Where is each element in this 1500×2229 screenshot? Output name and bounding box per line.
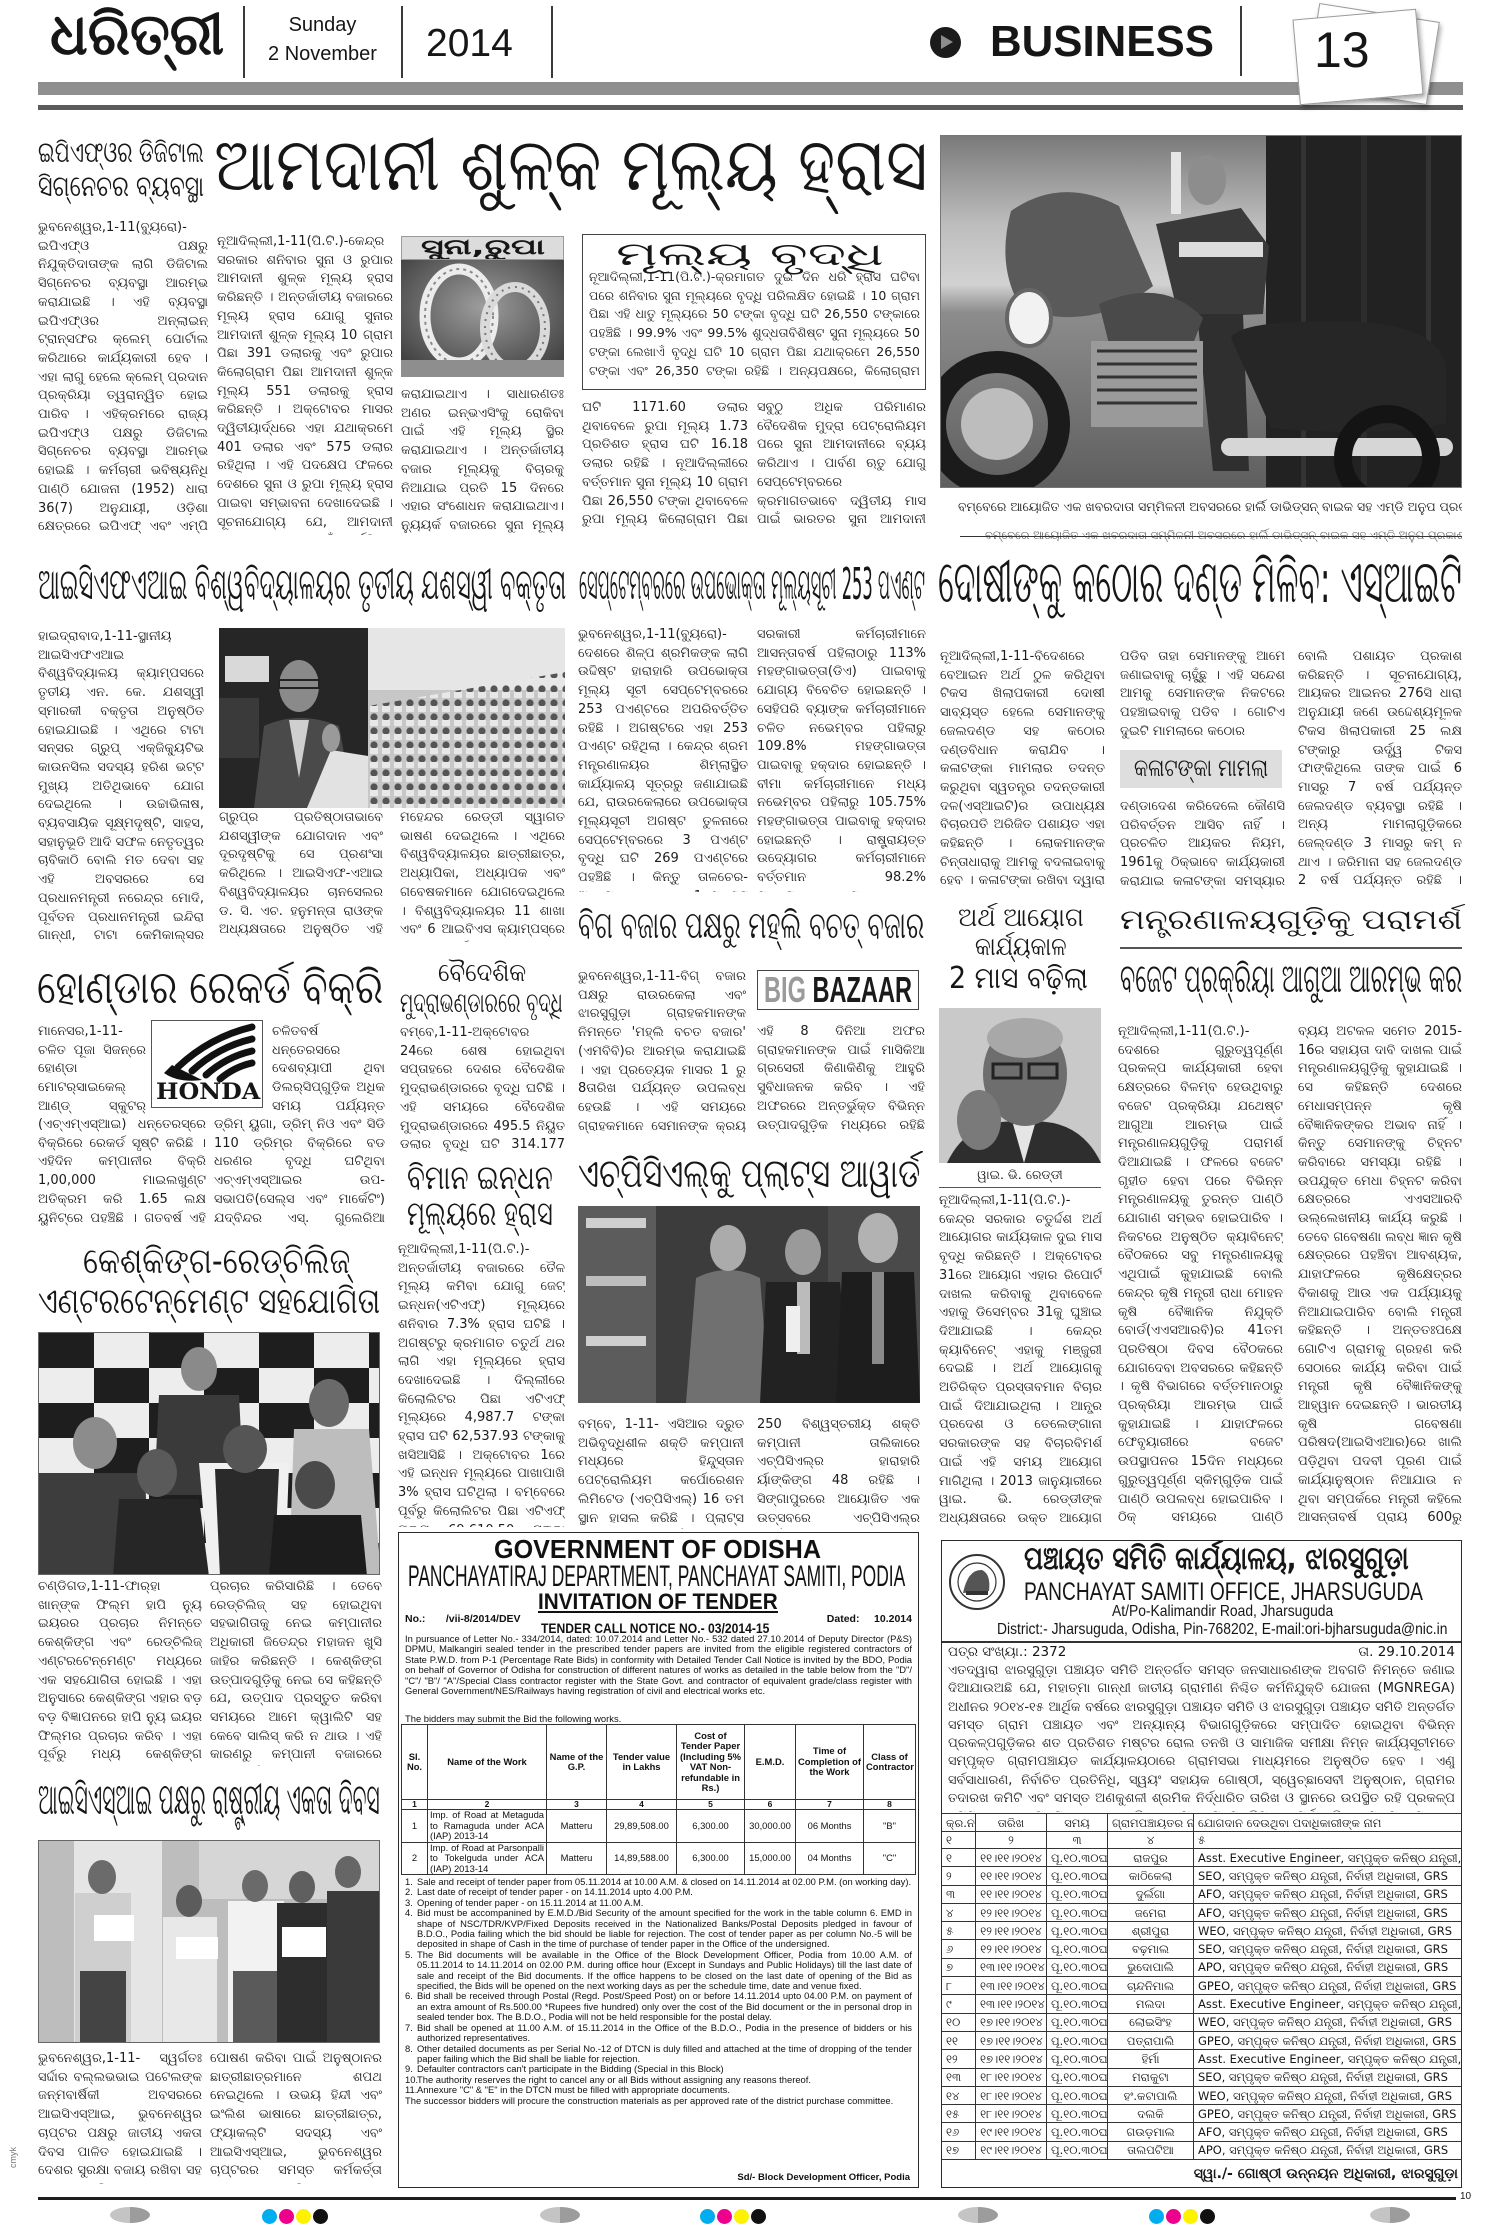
notice-dated: Dated: 10.2014 bbox=[827, 1613, 912, 1625]
serial-number: ୧୬ bbox=[942, 2123, 976, 2141]
audit-date: ୧୨।୧୧।୨୦୧୪ bbox=[976, 1922, 1047, 1940]
letter-date: ତା. 29.10.2014 bbox=[1358, 1644, 1455, 1660]
serial-number: ୧୧ bbox=[942, 2031, 976, 2049]
attending-officials: SEO, ସମ୍ପୃକ୍ତ କନିଷ୍ଠ ଯନ୍ତ୍ରୀ, ନିର୍ବାହୀ ଅ… bbox=[1194, 2068, 1463, 2086]
column-number: ୩ bbox=[1047, 1832, 1108, 1849]
newspaper-logo: ଧରିତ୍ରୀ bbox=[50, 2, 224, 67]
headline: ଦୋଷୀଙ୍କୁ କଠୋର ଦଣ୍ଡ ମିଳିବ: ଏସ୍ଆଇଟି bbox=[938, 549, 1462, 616]
column-number: 7 bbox=[796, 1800, 864, 1810]
motorcycle-image bbox=[941, 136, 1462, 488]
table-row: ୧୬୧୯।୧୧।୨୦୧୪ପୂ.୧୦.୩୦ଘ.ଗଉଡ଼ମାଲAFO, ସମ୍ପୃକ… bbox=[942, 2123, 1463, 2141]
column-number: ୨ bbox=[976, 1832, 1047, 1849]
table-row: ୧୨୧୭।୧୧।୨୦୧୪ପୂ.୧୦.୩୦ଘ.ହିର୍ମାAsst. Execut… bbox=[942, 2050, 1463, 2068]
notice-signature: ସ୍ୱା./- ଗୋଷ୍ଠୀ ଉନ୍ନୟନ ଅଧିକାରୀ, ଝାରସୁଗୁଡ଼… bbox=[942, 2160, 1463, 2188]
attending-officials: APO, ସମ୍ପୃକ୍ତ କନିଷ୍ଠ ଯନ୍ତ୍ରୀ, ନିର୍ବାହୀ ଅ… bbox=[1194, 2141, 1463, 2159]
registration-mark-icon bbox=[958, 2207, 998, 2223]
article-body: ନୂଆଦିଲ୍ଲୀ,1-11(ପି.ଟି.)-କ୍ରମାଗତ ଦୁଇ ଦିନ ଧ… bbox=[589, 268, 920, 382]
notice-title-english: PANCHAYAT SAMITI OFFICE, JHARSUGUDA bbox=[1024, 1578, 1423, 1606]
table-row: ୮୧୩।୧୧।୨୦୧୪ପୂ.୧୦.୩୦ଘ.ଚାନ୍ଦନିମାଲGPEO, ସମ୍… bbox=[942, 1977, 1463, 1995]
heading-underline bbox=[538, 1611, 778, 1613]
bidders-note: The bidders may submit the Bid the follo… bbox=[405, 1714, 912, 1724]
black-dot-icon bbox=[751, 2209, 766, 2224]
tender-notice-podia: GOVERNMENT OF ODISHA PANCHAYATIRAJ DEPAR… bbox=[398, 1532, 919, 2188]
audit-time: ପୂ.୧୦.୩୦ଘ. bbox=[1047, 2141, 1108, 2159]
pledge-group-image bbox=[39, 1841, 380, 2043]
article-body-column: ମାନେସର,1-11-ଚଳିତ ପୂଜା ସିଜନ୍‌ରେ ହୋଣ୍ଡା ମୋ… bbox=[38, 1023, 146, 1117]
tender-value: 14,89,588.00 bbox=[607, 1842, 677, 1875]
headline: ଆଇସିଏଫଏଆଇ ବିଶ୍ୱବିଦ୍ୟାଳୟର ତୃତୀୟ ଯଶସ୍ୱୀ ବକ… bbox=[38, 560, 566, 609]
subhead-box: କଳାଟଙ୍କା ମାମଲା bbox=[1120, 750, 1282, 788]
audit-time: ପୂ.୧୦.୩୦ଘ. bbox=[1047, 2123, 1108, 2141]
column-header: Sl. No. bbox=[402, 1725, 428, 1800]
gram-panchayat-name: ଦୁର୍ଲଗା bbox=[1108, 1885, 1194, 1903]
article-body-column: ବମ୍ବେ, 1-11- ଏସିଆର ଦ୍ରୁତ ଅଭିବୃଦ୍ଧିଶୀଳ ଶକ… bbox=[578, 1416, 744, 1529]
table-row: ୨୧୧।୧୧।୨୦୧୪ପୂ.୧୦.୩୦ଘ.କାଠିକେଲାSEO, ସମ୍ପୃକ… bbox=[942, 1867, 1463, 1885]
article-body-column: ପୋଷଣ କରିବା ପାଇଁ ଅନୁଷ୍ଠାନର ଛାତ୍ରୀଛାତ୍ରମାନ… bbox=[210, 2050, 382, 2184]
table-row: 1 Imp. of Road at Metaguda to Ramaguda u… bbox=[402, 1810, 916, 1843]
article-body-column: ପଡିବ ତାହା ସେମାନଙ୍କୁ ଆମେ ଜଣାଇବାକୁ ଚାହୁଁଛୁ… bbox=[1120, 648, 1285, 742]
speaker-image bbox=[219, 628, 368, 808]
article-body-column: ହାଇଦ୍ରାବାଦ,1-11-ସ୍ଥାନୀୟ ଆଇସିଏଫଏଆଇ ବିଶ୍ୱବ… bbox=[38, 628, 204, 946]
serial-number: ୧୩ bbox=[942, 2068, 976, 2086]
column-number-row: ୧ ୨ ୩ ୪ ୫ bbox=[942, 1832, 1463, 1849]
black-dot-icon bbox=[1200, 2209, 1215, 2224]
letter-number: ପତ୍ର ସଂଖ୍ୟା.: 2372 bbox=[948, 1644, 1066, 1660]
play-circle-icon bbox=[930, 27, 961, 58]
notice-district-line: District:- Jharsuguda, Odisha, Pin-76820… bbox=[997, 1621, 1447, 1639]
column-header: Time of Completion of the Work bbox=[796, 1725, 864, 1800]
serial-number: 1 bbox=[402, 1810, 428, 1843]
gram-panchayat-name: ମଲଦା bbox=[1108, 1995, 1194, 2013]
photo-caption: ୱାଇ. ଭି. ରେଡ୍ଡୀ bbox=[939, 1167, 1101, 1183]
subhead: କଳାଟଙ୍କା ମାମଲା bbox=[1134, 754, 1268, 782]
table-row: ୧୧୧୭।୧୧।୨୦୧୪ପୂ.୧୦.୩୦ଘ.ପତ୍ରାପାଲିGPEO, ସମ୍… bbox=[942, 2031, 1463, 2049]
headline: କାର୍ଯ୍ୟକାଳ bbox=[975, 933, 1067, 962]
tender-paper-cost: 6,300.00 bbox=[677, 1842, 745, 1875]
headline: ଏଚ୍‌ପିସିଏଲ୍‌କୁ ପ୍ଲାଟ୍‌ସ ଆୱାର୍ଡ bbox=[578, 1152, 920, 1197]
gp-name: Matteru bbox=[547, 1810, 607, 1843]
social-audit-schedule-table: କ୍ର.ନଂ. ତାରିଖ ସମୟ ଗ୍ରାମପଞ୍ଚାୟତର ନାମ ଯୋଗଦ… bbox=[941, 1813, 1462, 2188]
emd-amount: 15,000.00 bbox=[745, 1842, 796, 1875]
headline: ମୁଦ୍ରାଭଣ୍ଡାରରେ ବୃଦ୍ଧି bbox=[400, 987, 563, 1018]
attending-officials: Asst. Executive Engineer, ସମ୍ପୃକ୍ତ କନିଷ୍… bbox=[1194, 1995, 1463, 2013]
serial-number: ୧୦ bbox=[942, 2013, 976, 2031]
logo-text: BIG BAZAAR bbox=[764, 972, 912, 1008]
gold-silver-label-box: ସୁନା,ରୁପା bbox=[401, 236, 564, 260]
silver-bangles-photo bbox=[401, 260, 564, 377]
article-body-column: ମହେନ୍ଦର ରେଡ୍ଡୀ ସ୍ୱାଗତ ଭାଷଣ ଦେଇଥିଲେ । ଏଥି… bbox=[400, 809, 565, 942]
audit-time: ପୂ.୧୦.୩୦ଘ. bbox=[1047, 1903, 1108, 1921]
completion-time: 06 Months bbox=[796, 1810, 864, 1843]
gram-panchayat-name: ଶ୍ରୀପୁରା bbox=[1108, 1922, 1194, 1940]
audit-date: ୧୧।୧୧।୨୦୧୪ bbox=[976, 1849, 1047, 1867]
audit-time: ପୂ.୧୦.୩୦ଘ. bbox=[1047, 1995, 1108, 2013]
gram-panchayat-name: ପତ୍ରାପାଲି bbox=[1108, 2031, 1194, 2049]
tender-condition: 11.Annexure "C" & "E" in the DTCN must b… bbox=[405, 2085, 912, 2095]
article-body-column: ଡ୍ରିମ୍ ୟୁଗା, ଡ୍ରିମ୍ ନିଓ ଏବଂ ସିଡି 110 ଡ୍ର… bbox=[214, 1116, 385, 1229]
silver-bangles-image bbox=[401, 260, 564, 377]
attending-officials: APO, ସମ୍ପୃକ୍ତ କନିଷ୍ଠ ଯନ୍ତ୍ରୀ, ନିର୍ବାହୀ ଅ… bbox=[1194, 1958, 1463, 1976]
article-body-column: ନୂଆଦିଲ୍ଲୀ,1-11(ପି.ଟି.)-ଦେଶରେ ଗୁରୁତ୍ୱପୂର୍… bbox=[1118, 1023, 1283, 1529]
column-header: Name of the Work bbox=[428, 1725, 547, 1800]
attending-officials: Asst. Executive Engineer, ସମ୍ପୃକ୍ତ କନିଷ୍… bbox=[1194, 2050, 1463, 2068]
attending-officials: GPEO, ସମ୍ପୃକ୍ତ କନିଷ୍ଠ ଯନ୍ତ୍ରୀ, ନିର୍ବାହୀ … bbox=[1194, 2031, 1463, 2049]
section-title: BUSINESS bbox=[990, 20, 1214, 64]
cyan-dot-icon bbox=[1149, 2209, 1164, 2224]
condition-text: Defaulter contractors can't participate … bbox=[417, 2063, 724, 2074]
page-stack-icon: 13 bbox=[1290, 6, 1450, 106]
article-body-column: ଭୁବନେଶ୍ୱର,1-11- ସ୍ୱର୍ଗତଃ ସର୍ଦ୍ଦାର ବଲ୍ଲଭଭ… bbox=[38, 2050, 202, 2184]
kicker: ମନ୍ତ୍ରଣାଳୟଗୁଡ଼ିକୁ ପରାମର୍ଶ bbox=[1120, 904, 1462, 935]
honda-wing-icon bbox=[158, 1023, 258, 1083]
table-row: ୧୧୧।୧୧।୨୦୧୪ପୂ.୧୦.୩୦ଘ.ରାଜପୁରAsst. Executi… bbox=[942, 1849, 1463, 1867]
masthead-divider bbox=[401, 6, 403, 78]
gram-panchayat-name: ମରାକୁଟା bbox=[1108, 2068, 1194, 2086]
condition-text: Annexure "C" & "E" in the DTCN must be f… bbox=[417, 2084, 730, 2095]
table-row: ୪୧୨।୧୧।୨୦୧୪ପୂ.୧୦.୩୦ଘ.ଜମେରାAFO, ସମ୍ପୃକ୍ତ … bbox=[942, 1903, 1463, 1921]
print-side-mark: cmyk bbox=[8, 2147, 18, 2168]
harley-davidson-photo bbox=[940, 135, 1462, 488]
photo-caption: ବମ୍ବେରେ ଆୟୋଜିତ ଏକ ଖବରଦାତା ସମ୍ମିଳନୀ ଅବସରର… bbox=[958, 499, 1462, 515]
audit-date: ୧୯।୧୧।୨୦୧୪ bbox=[976, 2141, 1047, 2159]
column-number: 2 bbox=[428, 1800, 547, 1810]
headline: ସିଗ୍ନେଚର ବ୍ୟବସ୍ଥା bbox=[38, 170, 204, 202]
headline: ଇପିଏଫ୍ଓର ଡିଜିଟାଲ bbox=[38, 136, 204, 168]
gram-panchayat-name: ଲୋଇସିଂହ bbox=[1108, 2013, 1194, 2031]
yellow-dot-icon bbox=[734, 2209, 749, 2224]
article-body: ବମ୍ବେ,1-11-ଅକ୍ଟୋବର 24ରେ ଶେଷ ହୋଇଥିବା ସପ୍ତ… bbox=[400, 1024, 565, 1156]
condition-text: Other detailed documents as per Serial N… bbox=[417, 2043, 912, 2064]
gram-panchayat-name: ରାଜପୁର bbox=[1108, 1849, 1194, 1867]
condition-text: Bid shall be received through Postal (Re… bbox=[417, 1990, 912, 2022]
table-header-row: Sl. No. Name of the Work Name of the G.P… bbox=[402, 1725, 916, 1800]
table-row: ୧୫୧୮।୧୧।୨୦୧୪ପୂ.୧୦.୩୦ଘ.ଦଲକିGPEO, ସମ୍ପୃକ୍ତ… bbox=[942, 2105, 1463, 2123]
table-row: ୧୦୧୭।୧୧।୨୦୧୪ପୂ.୧୦.୩୦ଘ.ଲୋଇସିଂହWEO, ସମ୍ପୃକ… bbox=[942, 2013, 1463, 2031]
headline: ହୋଣ୍ଡାର ରେକର୍ଡ ବିକ୍ରି bbox=[37, 962, 383, 1014]
article-body: ନୂଆଦିଲ୍ଲୀ,1-11(ପି.ଟି.)-ଅନ୍ତର୍ଜାତୀୟ ବଜାରର… bbox=[398, 1241, 565, 1527]
tender-value: 29,89,508.00 bbox=[607, 1810, 677, 1843]
column-number: 8 bbox=[864, 1800, 916, 1810]
attending-officials: Asst. Executive Engineer, ସମ୍ପୃକ୍ତ କନିଷ୍… bbox=[1194, 1849, 1463, 1867]
tender-condition: 4.Bid must be accompanined by E.M.D./Bid… bbox=[405, 1908, 912, 1950]
condition-text: Opening of tender paper - on 15.11.2014 … bbox=[417, 1897, 643, 1908]
table-row: ୩୧୧।୧୧।୨୦୧୪ପୂ.୧୦.୩୦ଘ.ଦୁର୍ଲଗାAFO, ସମ୍ପୃକ୍… bbox=[942, 1885, 1463, 1903]
condition-number: 4. bbox=[405, 1908, 413, 1918]
audit-time: ପୂ.୧୦.୩୦ଘ. bbox=[1047, 2013, 1108, 2031]
column-header: E.M.D. bbox=[745, 1725, 796, 1800]
issue-year: 2014 bbox=[426, 24, 513, 63]
article-body-column: ଦଣ୍ଡାଦେଶ କରିଦେଲେ କୌଣସି ପରିବର୍ତ୍ତନ ଆସିବ ନ… bbox=[1120, 798, 1285, 892]
registration-mark-icon bbox=[1370, 2207, 1410, 2223]
audit-date: ୧୩।୧୧।୨୦୧୪ bbox=[976, 1995, 1047, 2013]
masthead-divider bbox=[243, 6, 245, 78]
tender-condition: 5.The Bid documents will be available in… bbox=[405, 1950, 912, 1992]
table-header-row: କ୍ର.ନଂ. ତାରିଖ ସମୟ ଗ୍ରାମପଞ୍ଚାୟତର ନାମ ଯୋଗଦ… bbox=[942, 1814, 1463, 1832]
article-body-column: ନୂଆଦିଲ୍ଲୀ,1-11-ବିଦେଶରେ ବେଆଇନ ଅର୍ଥ ଠୁଳ କର… bbox=[940, 648, 1105, 893]
audit-time: ପୂ.୧୦.୩୦ଘ. bbox=[1047, 1849, 1108, 1867]
headline: କେଶ୍‌କିଙ୍ଗ-ରେଡ୍‌ଚିଲିଜ୍ bbox=[83, 1242, 350, 1282]
registration-mark-icon bbox=[110, 2207, 150, 2223]
article-body: ଭୁବନେଶ୍ୱର,1-11(ବ୍ୟୁରୋ)-ଇପିଏଫ୍ଓ ପକ୍ଷରୁ ନି… bbox=[38, 219, 208, 539]
article-body-column: ଭୁବନେଶ୍ୱର,1-11(ବ୍ୟୁରୋ)-ଦେଶରେ ଶିଳ୍ପ ଶ୍ରମି… bbox=[578, 626, 748, 892]
condition-text: Sale and receipt of tender paper from 05… bbox=[417, 1876, 911, 1887]
logo-text: HONDA bbox=[156, 1081, 260, 1103]
masthead-divider bbox=[1240, 6, 1242, 76]
honda-logo: HONDA bbox=[151, 1020, 263, 1108]
headline: ବିଗ ବଜାର ପକ୍ଷରୁ ମହ୍ଲି ବଚତ୍ ବଜାର bbox=[578, 904, 924, 947]
serial-number: ୩ bbox=[942, 1885, 976, 1903]
magenta-dot-icon bbox=[279, 2209, 294, 2224]
audit-date: ୧୩।୧୧।୨୦୧୪ bbox=[976, 1977, 1047, 1995]
condition-text: Last date of receipt of tender paper - o… bbox=[417, 1886, 693, 1897]
icfai-audience-photo bbox=[368, 628, 565, 808]
audit-time: ପୂ.୧୦.୩୦ଘ. bbox=[1047, 1958, 1108, 1976]
attending-officials: AFO, ସମ୍ପୃକ୍ତ କନିଷ୍ଠ ଯନ୍ତ୍ରୀ, ନିର୍ବାହୀ ଅ… bbox=[1194, 1885, 1463, 1903]
gram-panchayat-name: ହିର୍ମା bbox=[1108, 2050, 1194, 2068]
column-number-row: 1 2 3 4 5 6 7 8 bbox=[402, 1800, 916, 1810]
article-body-column: ଏହି 8 ଦିନିଆ ଅଫର ଗ୍ରାହକମାନଙ୍କ ପାଇଁ ମାସିକି… bbox=[757, 1023, 925, 1136]
gram-panchayat-name: ଭୁଦୋପାଲି bbox=[1108, 1958, 1194, 1976]
table-row: ୬୧୨।୧୧।୨୦୧୪ପୂ.୧୦.୩୦ଘ.ବଢ଼ମାଲSEO, ସମ୍ପୃକ୍ତ… bbox=[942, 1940, 1463, 1958]
gram-panchayat-name: କାଠିକେଲା bbox=[1108, 1867, 1194, 1885]
audit-date: ୧୮।୧୧।୨୦୧୪ bbox=[976, 2086, 1047, 2104]
logo-word-big: BIG bbox=[764, 970, 806, 1010]
emd-amount: 30,000.00 bbox=[745, 1810, 796, 1843]
article-body-column: (ଏଚ୍ଏମ୍ଏସ୍ଆଇ) ଧନ୍‌ତେରସ୍‌ରେ ବିକ୍ରିରେ ରେକର… bbox=[38, 1116, 206, 1229]
headline: ଅର୍ଥ ଆୟୋଗ bbox=[958, 904, 1084, 933]
headline: ବିମାନ ଇନ୍ଧନ bbox=[407, 1159, 553, 1197]
column-number: ୧ bbox=[942, 1832, 976, 1849]
page-number: 13 bbox=[1314, 25, 1370, 75]
contractor-class: "C" bbox=[864, 1842, 916, 1875]
serial-number: ୪ bbox=[942, 1903, 976, 1921]
article-body-column: ଗ୍ରୁପ୍‌ର ପ୍ରତିଷ୍ଠାତାଭାବେ ଯଶସ୍ୱୀଙ୍କ ଯୋଗଦା… bbox=[219, 809, 383, 942]
column-header: Class of Contractor bbox=[864, 1725, 916, 1800]
column-number: 4 bbox=[607, 1800, 677, 1810]
column-header: Tender value in Lakhs bbox=[607, 1725, 677, 1800]
serial-number: ୮ bbox=[942, 1977, 976, 1995]
keshking-event-photo bbox=[38, 1332, 380, 1575]
article-body: ନୂଆଦିଲ୍ଲୀ,1-11(ପି.ଟି.)-କେନ୍ଦ୍ର ସରକାର ଚତୁ… bbox=[939, 1192, 1102, 1529]
icsi-pledge-photo bbox=[38, 1840, 380, 2043]
serial-number: ୧୨ bbox=[942, 2050, 976, 2068]
serial-number: 2 bbox=[402, 1842, 428, 1875]
registration-mark-icon bbox=[540, 2207, 580, 2223]
audit-time: ପୂ.୧୦.୩୦ଘ. bbox=[1047, 1977, 1108, 1995]
kicker-underline bbox=[1120, 947, 1462, 949]
tender-condition: 8.Other detailed documents as per Serial… bbox=[405, 2044, 912, 2065]
table-row: ୧୪୧୮।୧୧।୨୦୧୪ପୂ.୧୦.୩୦ଘ.ହଂ.କଟାପାଲିWEO, ସମ୍… bbox=[942, 2086, 1463, 2104]
condition-number: 5. bbox=[405, 1950, 413, 1960]
tender-condition: 7.Bid shall be opened at 11.00 A.M. of 1… bbox=[405, 2023, 912, 2044]
column-number: 6 bbox=[745, 1800, 796, 1810]
table-row: ୧୭୧୯।୧୧।୨୦୧୪ପୂ.୧୦.୩୦ଘ.ତାଲପଟିଆAPO, ସମ୍ପୃକ… bbox=[942, 2141, 1463, 2159]
audit-time: ପୂ.୧୦.୩୦ଘ. bbox=[1047, 1922, 1108, 1940]
attending-officials: WEO, ସମ୍ପୃକ୍ତ କନିଷ୍ଠ ଯନ୍ତ୍ରୀ, ନିର୍ବାହୀ ଅ… bbox=[1194, 2013, 1463, 2031]
masthead-divider bbox=[551, 6, 553, 78]
big-bazaar-logo: BIG BAZAAR bbox=[757, 970, 919, 1010]
tender-conditions-list: 1.Sale and receipt of tender paper from … bbox=[405, 1877, 912, 2106]
award-ceremony-image bbox=[578, 1206, 920, 1403]
notice-signature: Sd/- Block Development Officer, Podia bbox=[737, 2172, 910, 2183]
condition-number: 6. bbox=[405, 1991, 413, 2001]
headline: ଆଇସିଏସ୍ଆଇ ପକ୍ଷରୁ ରାଷ୍ଟ୍ରୀୟ ଏକତା ଦିବସ bbox=[38, 1775, 380, 1824]
icfai-speaker-photo bbox=[219, 628, 368, 808]
condition-text: Bid must be accompanined by E.M.D./Bid S… bbox=[417, 1907, 912, 1949]
article-body-column: ବ୍ୟୟ ଅଟକଳ ସମେତ 2015-16ର ସହାୟତା ଦାବି ଦାଖଲ… bbox=[1298, 1023, 1462, 1529]
column-number: 1 bbox=[402, 1800, 428, 1810]
portrait-image bbox=[939, 1008, 1101, 1163]
article-body-column: କରାଯାଇଥାଏ । ସାଧାରଣତଃ ଅଣର ଇନ୍‌ଭଏସିଂକୁ ରୋକ… bbox=[401, 386, 564, 536]
audit-date: ୧୭।୧୧।୨୦୧୪ bbox=[976, 2050, 1047, 2068]
audit-date: ୧୨।୧୧।୨୦୧୪ bbox=[976, 1903, 1047, 1921]
serial-number: ୫ bbox=[942, 1922, 976, 1940]
gram-panchayat-name: ଜମେରା bbox=[1108, 1903, 1194, 1921]
play-triangle bbox=[941, 35, 953, 49]
masthead-bar-gray bbox=[38, 82, 1463, 95]
footer-rule bbox=[38, 2197, 1456, 2200]
notice-intro: In pursuance of Letter No.- 334/2014, da… bbox=[405, 1634, 912, 1696]
table-row: 2 Imp. of Road at Parsonpalli to Tokelgu… bbox=[402, 1842, 916, 1875]
column-header: ତାରିଖ bbox=[976, 1814, 1047, 1832]
article-body-column: ସରକାରୀ କର୍ମଚାରୀମାନେ ଆସନ୍ତାବର୍ଷ ପହିଲାଠାରୁ… bbox=[757, 626, 926, 892]
attending-officials: AFO, ସମ୍ପୃକ୍ତ କନିଷ୍ଠ ଯନ୍ତ୍ରୀ, ନିର୍ବାହୀ ଅ… bbox=[1194, 1903, 1463, 1921]
article-body-column: ନୂଆଦିଲ୍ଲୀ,1-11(ପି.ଟି.)-କେନ୍ଦ୍ର ସରକାର ଶନି… bbox=[217, 233, 393, 535]
audit-time: ପୂ.୧୦.୩୦ଘ. bbox=[1047, 2086, 1108, 2104]
audience-image bbox=[368, 628, 565, 808]
serial-number: ୧୫ bbox=[942, 2105, 976, 2123]
headline: ଏଣ୍ଟରଟେନ୍‌ମେଣ୍ଟ ସହଯୋଗିତା bbox=[38, 1282, 380, 1322]
issue-day: Sunday bbox=[250, 14, 395, 36]
audit-date: ୧୨।୧୧।୨୦୧୪ bbox=[976, 1940, 1047, 1958]
work-name: Imp. of Road at Metaguda to Ramaguda und… bbox=[428, 1810, 547, 1843]
column-header: ସମୟ bbox=[1047, 1814, 1108, 1832]
audit-date: ୧୧।୧୧।୨୦୧୪ bbox=[976, 1885, 1047, 1903]
audit-time: ପୂ.୧୦.୩୦ଘ. bbox=[1047, 1867, 1108, 1885]
audit-date: ୧୮।୧୧।୨୦୧୪ bbox=[976, 2105, 1047, 2123]
black-dot-icon bbox=[313, 2209, 328, 2224]
gram-panchayat-name: ବଢ଼ମାଲ bbox=[1108, 1940, 1194, 1958]
audit-time: ପୂ.୧୦.୩୦ଘ. bbox=[1047, 2068, 1108, 2086]
attending-officials: GPEO, ସମ୍ପୃକ୍ତ କନିଷ୍ଠ ଯନ୍ତ୍ରୀ, ନିର୍ବାହୀ … bbox=[1194, 2105, 1463, 2123]
condition-text: Bid shall be opened at 11.00 A.M. of 15.… bbox=[417, 2022, 912, 2043]
press-event-image bbox=[39, 1333, 380, 1575]
odisha-emblem-icon bbox=[946, 1553, 1008, 1611]
article-body-column: ପ୍ରଚାର କରିସାରିଛି । ତେବେ ରେଡ୍‌ଚିଲିଜ୍ ସହ ହ… bbox=[210, 1578, 382, 1766]
notice-title-odia: ପଞ୍ଚାୟତ ସମିତି କାର୍ଯ୍ୟାଳୟ, ଝାରସୁଗୁଡ଼ା bbox=[1024, 1541, 1409, 1577]
serial-number: ୯ bbox=[942, 1995, 976, 2013]
serial-number: ୧୭ bbox=[942, 2141, 976, 2159]
audit-date: ୧୮।୧୧।୨୦୧୪ bbox=[976, 2068, 1047, 2086]
attending-officials: WEO, ସମ୍ପୃକ୍ତ କନିଷ୍ଠ ଯନ୍ତ୍ରୀ, ନିର୍ବାହୀ ଅ… bbox=[1194, 2086, 1463, 2104]
article-body-column: ଘଟି 1171.60 ଡଲାର ଥିବାବେଳେ ରୁପା ମୂଲ୍ୟ 1.7… bbox=[582, 399, 748, 531]
serial-number: ୬ bbox=[942, 1940, 976, 1958]
article-body-column: ବୋଲି ପଶାୟତ ପ୍ରକାଶ କରିଛନ୍ତି । ସୂଚନାଯୋଗ୍ୟ,… bbox=[1298, 648, 1462, 893]
hpcl-award-photo bbox=[578, 1206, 920, 1403]
masthead-bar-dark bbox=[38, 105, 1463, 110]
serial-number: ୨ bbox=[942, 1867, 976, 1885]
audit-time: ପୂ.୧୦.୩୦ଘ. bbox=[1047, 2105, 1108, 2123]
article-body-column: 250 ବିଶ୍ୱସ୍ତରୀୟ ଶକ୍ତି କମ୍ପାନୀ ତାଲିକାରେ ଏ… bbox=[757, 1416, 920, 1529]
column-header: Cost of Tender Paper (Including 5% VAT N… bbox=[677, 1725, 745, 1800]
attending-officials: GPEO, ସମ୍ପୃକ୍ତ କନିଷ୍ଠ ଯନ୍ତ୍ରୀ, ନିର୍ବାହୀ … bbox=[1194, 1977, 1463, 1995]
gp-name: Matteru bbox=[547, 1842, 607, 1875]
headline: ବୈଦେଶିକ bbox=[438, 959, 526, 988]
attending-officials: SEO, ସମ୍ପୃକ୍ତ କନିଷ୍ଠ ଯନ୍ତ୍ରୀ, ନିର୍ବାହୀ ଅ… bbox=[1194, 1940, 1463, 1958]
audit-time: ପୂ.୧୦.୩୦ଘ. bbox=[1047, 1885, 1108, 1903]
article-body-column: ସବୁଠୁ ଅଧିକ ପରିମାଣର ବୈଦେଶିକ ମୁଦ୍ରା ପେଟ୍ରୋ… bbox=[757, 399, 926, 531]
cyan-dot-icon bbox=[700, 2209, 715, 2224]
column-number: ୪ bbox=[1108, 1832, 1194, 1849]
column-header: କ୍ର.ନଂ. bbox=[942, 1814, 976, 1832]
magenta-dot-icon bbox=[717, 2209, 732, 2224]
tender-paper-cost: 6,300.00 bbox=[677, 1810, 745, 1843]
panchayat-samiti-jharsuguda-notice: ପଞ୍ଚାୟତ ସମିତି କାର୍ଯ୍ୟାଳୟ, ଝାରସୁଗୁଡ଼ା PAN… bbox=[941, 1540, 1462, 2188]
audit-date: ୧୧।୧୧।୨୦୧୪ bbox=[976, 1867, 1047, 1885]
column-number: ୫ bbox=[1194, 1832, 1463, 1849]
column-header: Name of the G.P. bbox=[547, 1725, 607, 1800]
work-name: Imp. of Road at Parsonpalli to Tokelguda… bbox=[428, 1842, 547, 1875]
serial-number: ୭ bbox=[942, 1958, 976, 1976]
signature-row: ସ୍ୱା./- ଗୋଷ୍ଠୀ ଉନ୍ନୟନ ଅଧିକାରୀ, ଝାରସୁଗୁଡ଼… bbox=[942, 2160, 1463, 2188]
table-row: ୭୧୩।୧୧।୨୦୧୪ପୂ.୧୦.୩୦ଘ.ଭୁଦୋପାଲିAPO, ସମ୍ପୃକ… bbox=[942, 1958, 1463, 1976]
page-marker: 10 bbox=[1460, 2191, 1471, 2203]
contractor-class: "B" bbox=[864, 1810, 916, 1843]
audit-date: ୧୭।୧୧।୨୦୧୪ bbox=[976, 2013, 1047, 2031]
headline: ବଜେଟ ପ୍ରକ୍ରିୟା ଆଗୁଆ ଆରମ୍ଭ କର bbox=[1120, 957, 1462, 1002]
completion-time: 04 Months bbox=[796, 1842, 864, 1875]
attending-officials: WEO, ସମ୍ପୃକ୍ତ କନିଷ୍ଠ ଯନ୍ତ୍ରୀ, ନିର୍ବାହୀ ଅ… bbox=[1194, 1922, 1463, 1940]
gram-panchayat-name: ଗଉଡ଼ମାଲ bbox=[1108, 2123, 1194, 2141]
column-header: ଯୋଗଦାନ ଦେଉଥିବା ପଦାଧିକାରୀଙ୍କ ନାମ bbox=[1194, 1814, 1463, 1832]
yellow-dot-icon bbox=[296, 2209, 311, 2224]
logo-word-bazaar: BAZAAR bbox=[812, 970, 912, 1010]
table-row: ୫୧୨।୧୧।୨୦୧୪ପୂ.୧୦.୩୦ଘ.ଶ୍ରୀପୁରାWEO, ସମ୍ପୃକ… bbox=[942, 1922, 1463, 1940]
yv-reddy-photo bbox=[939, 1008, 1101, 1163]
tender-works-table: Sl. No. Name of the Work Name of the G.P… bbox=[401, 1724, 916, 1875]
column-header: ଗ୍ରାମପଞ୍ଚାୟତର ନାମ bbox=[1108, 1814, 1194, 1832]
table-row: ୯୧୩।୧୧।୨୦୧୪ପୂ.୧୦.୩୦ଘ.ମଲଦାAsst. Executive… bbox=[942, 1995, 1463, 2013]
audit-date: ୧୭।୧୧।୨୦୧୪ bbox=[976, 2031, 1047, 2049]
serial-number: ୧ bbox=[942, 1849, 976, 1867]
audit-date: ୧୩।୧୧।୨୦୧୪ bbox=[976, 1958, 1047, 1976]
column-number: 5 bbox=[677, 1800, 745, 1810]
caption-rule bbox=[960, 536, 1462, 537]
audit-time: ପୂ.୧୦.୩୦ଘ. bbox=[1047, 2050, 1108, 2068]
notice-reference-number: No.: /vii-8/2014/DEV bbox=[405, 1613, 521, 1625]
notice-header-rule bbox=[942, 1641, 1462, 1643]
attending-officials: AFO, ସମ୍ପୃକ୍ତ କନିଷ୍ଠ ଯନ୍ତ୍ରୀ, ନିର୍ବାହୀ ଅ… bbox=[1194, 2123, 1463, 2141]
tender-condition: 6.Bid shall be received through Postal (… bbox=[405, 1991, 912, 2022]
condition-number: 8. bbox=[405, 2044, 413, 2054]
magenta-dot-icon bbox=[1166, 2209, 1181, 2224]
condition-number: 11. bbox=[405, 2085, 417, 2095]
article-body-column: ଚଳିତବର୍ଷ ଧନ୍‌ତେରସରେ ଦେଶବ୍ୟାପୀ ଥିବା ଡିଲର୍… bbox=[272, 1023, 385, 1117]
tender-closing-note: The successor bidders will procure the c… bbox=[405, 2096, 912, 2106]
gram-panchayat-name: ଦଲକି bbox=[1108, 2105, 1194, 2123]
condition-text: The Bid documents will be available in t… bbox=[417, 1949, 912, 1991]
headline: 2 ମାସ ବଢ଼ିଲା bbox=[949, 962, 1088, 996]
article-body-column: ଚଣ୍ଡିଗଡ,1-11-ଫାର୍‌ହା ଖାନ୍‌ଙ୍କ ଫିଲ୍ମ ହାପି… bbox=[38, 1578, 202, 1766]
headline: ସେପ୍ଟେମ୍ବରରେ ଉପଭୋକ୍ତା ମୂଲ୍ୟସୂଚୀ 253 ପଏଣ୍… bbox=[579, 560, 925, 609]
column-number: 3 bbox=[547, 1800, 607, 1810]
condition-number: 7. bbox=[405, 2023, 413, 2033]
audit-time: ପୂ.୧୦.୩୦ଘ. bbox=[1047, 2031, 1108, 2049]
issue-date: 2 November bbox=[250, 43, 395, 65]
cyan-dot-icon bbox=[262, 2209, 277, 2224]
gram-panchayat-name: ତାଲପଟିଆ bbox=[1108, 2141, 1194, 2159]
notice-body: ଏତଦ୍ୱାରା ଝାରସୁଗୁଡ଼ା ପଞ୍ଚାୟତ ସମିତି ଅନ୍ତର୍… bbox=[948, 1662, 1455, 1812]
